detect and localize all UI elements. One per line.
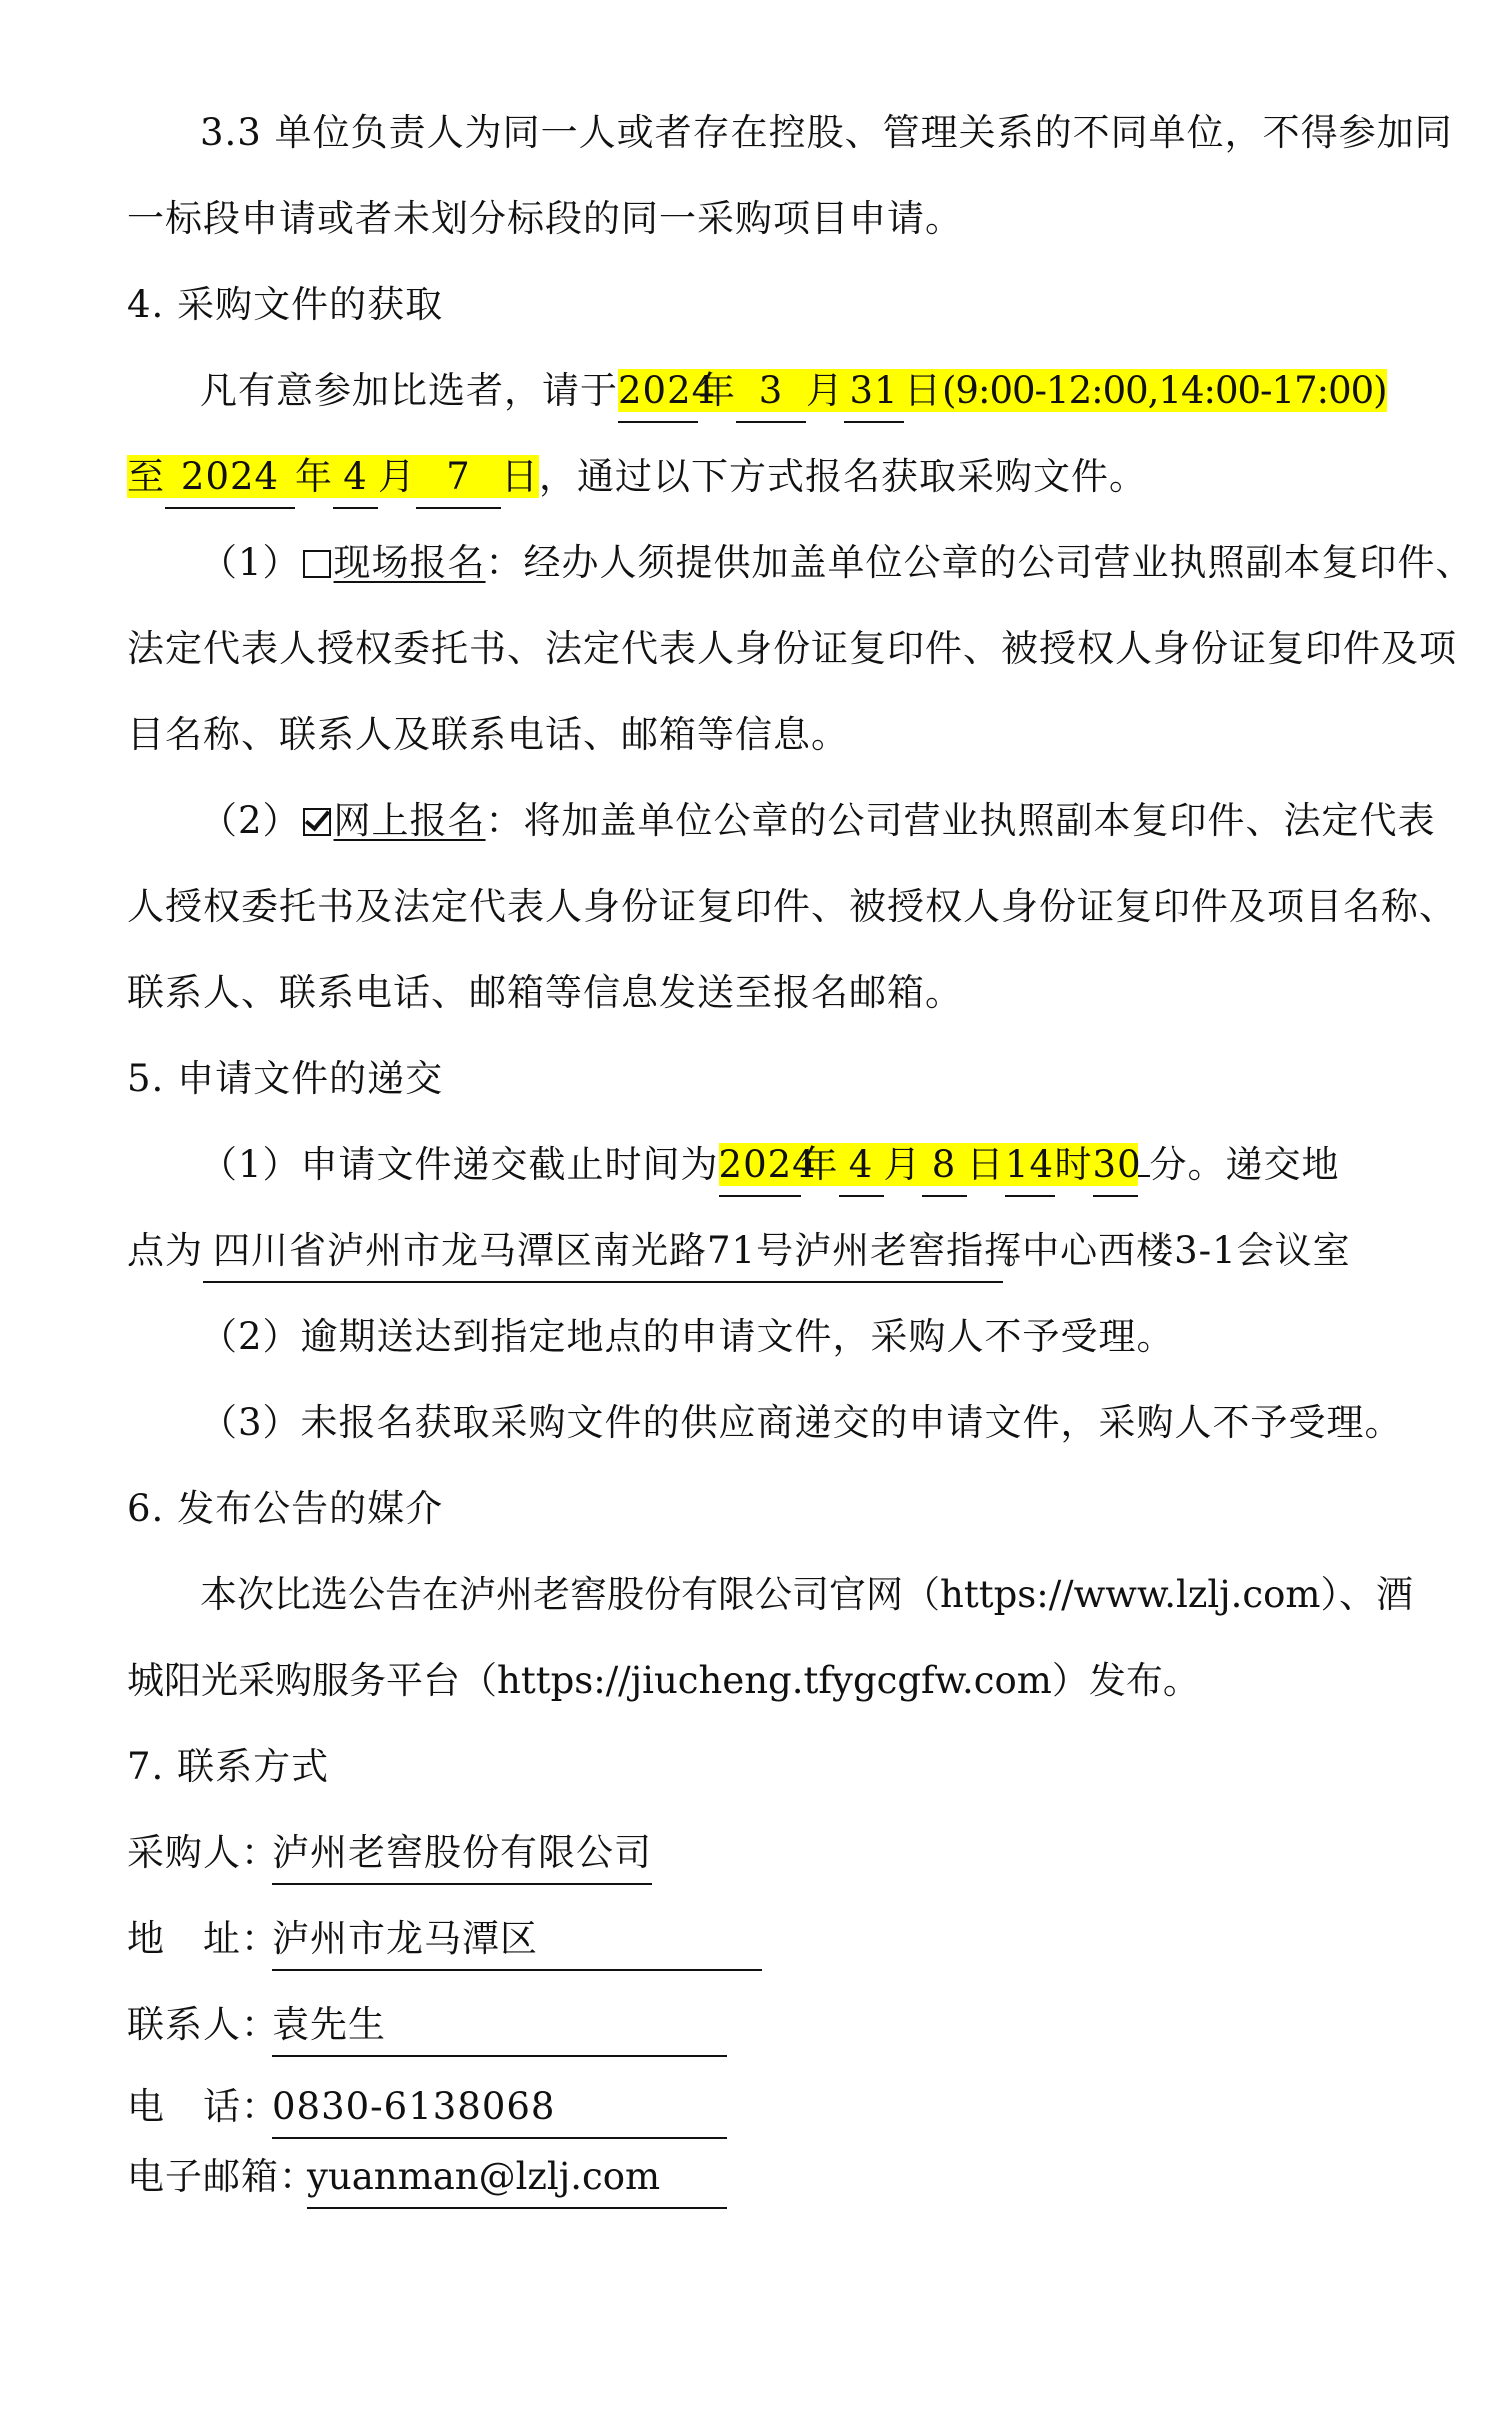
contact-label: 采购人： — [127, 1817, 272, 1889]
paragraph-3-3-line2: 一标段申请或者未划分标段的同一采购项目申请。 — [127, 183, 1377, 255]
deadline-suffix: 。递交地 — [1188, 1143, 1340, 1186]
year-char: 年 — [295, 455, 333, 498]
option-text: ：经办人须提供加盖单位公章的公司营业执照副本复印件、 — [486, 541, 1474, 584]
month-char: 月 — [806, 369, 844, 412]
year-char: 年 — [801, 1143, 839, 1186]
location-end: 。 — [1003, 1229, 1041, 1272]
section-4-intro-line1: 凡有意参加比选者，请于2024年3月31日(9:00-12:00,14:00-1… — [200, 355, 1377, 427]
contact-label: 地 址： — [127, 1903, 272, 1975]
contact-person: 联系人：袁先生 — [127, 1989, 1377, 2061]
contact-label: 电 话： — [127, 2071, 272, 2143]
paragraph-3-3-line1: 3.3 单位负责人为同一人或者存在控股、管理关系的不同单位，不得参加同 — [200, 97, 1377, 169]
unregistered-submission-rule: （3）未报名获取采购文件的供应商递交的申请文件，采购人不予受理。 — [200, 1387, 1377, 1459]
option-label: 网上报名 — [334, 799, 486, 842]
deadline-minute: 30 — [1093, 1135, 1138, 1197]
option-label: 现场报名 — [334, 541, 486, 584]
option-number: （1） — [200, 541, 301, 584]
deadline-prefix: （1）申请文件递交截止时间为 — [200, 1143, 719, 1186]
contact-label: 联系人： — [127, 1989, 272, 2061]
office-hours: (9:00-12:00,14:00-17:00) — [942, 369, 1387, 412]
contact-person-value: 袁先生 — [272, 1995, 727, 2057]
day-char: 日 — [501, 455, 539, 498]
option-online-line2: 人授权委托书及法定代表人身份证复印件、被授权人身份证复印件及项目名称、 — [127, 871, 1377, 943]
contact-label: 电子邮箱： — [127, 2141, 307, 2213]
onsite-registration-option[interactable]: 现场报名 — [301, 541, 486, 584]
section-6-heading: 6. 发布公告的媒介 — [127, 1473, 1377, 1545]
section-7-heading: 7. 联系方式 — [127, 1731, 1377, 1803]
deadline-hour: 14 — [1005, 1135, 1055, 1197]
start-year: 2024 — [618, 361, 698, 423]
contact-purchaser: 采购人：泸州老窖股份有限公司 — [127, 1817, 1377, 1889]
hour-char: 时 — [1055, 1143, 1093, 1186]
highlight-end-date: 至2024年4月7日 — [127, 455, 539, 498]
phone-value[interactable]: 0830-6138068 — [272, 2077, 727, 2139]
highlight-deadline: 2024年4月8日14时30 — [719, 1143, 1138, 1186]
option-text: ：将加盖单位公章的公司营业执照副本复印件、法定代表 — [486, 799, 1436, 842]
media-line1: 本次比选公告在泸州老窖股份有限公司官网（https://www.lzlj.com… — [200, 1559, 1377, 1631]
deadline-month: 4 — [839, 1135, 884, 1197]
document-page: 3.3 单位负责人为同一人或者存在控股、管理关系的不同单位，不得参加同 一标段申… — [0, 0, 1500, 2431]
option-online-line3: 联系人、联系电话、邮箱等信息发送至报名邮箱。 — [127, 957, 1377, 1029]
option-number: （2） — [200, 799, 301, 842]
end-year: 2024 — [165, 447, 295, 509]
intro-suffix: ，通过以下方式报名获取采购文件。 — [539, 455, 1147, 498]
section-5-heading: 5. 申请文件的递交 — [127, 1043, 1377, 1115]
email-value[interactable]: yuanman@lzlj.com — [307, 2147, 727, 2209]
option-onsite-line1: （1）现场报名：经办人须提供加盖单位公章的公司营业执照副本复印件、 — [200, 527, 1377, 599]
deadline-day: 8 — [922, 1135, 967, 1197]
option-onsite-line2: 法定代表人授权委托书、法定代表人身份证复印件、被授权人身份证复印件及项 — [127, 613, 1377, 685]
day-char: 日 — [904, 369, 942, 412]
start-day: 31 — [844, 361, 904, 423]
submission-location: 四川省泸州市龙马潭区南光路71号泸州老窖指挥中心西楼3-1会议室 — [203, 1221, 1003, 1283]
section-4-intro-line2: 至2024年4月7日，通过以下方式报名获取采购文件。 — [127, 441, 1377, 513]
to-char: 至 — [127, 455, 165, 498]
contact-phone: 电 话：0830-6138068 — [127, 2071, 1377, 2143]
purchaser-value: 泸州老窖股份有限公司 — [272, 1823, 652, 1885]
end-day: 7 — [416, 447, 501, 509]
section-4-heading: 4. 采购文件的获取 — [127, 269, 1377, 341]
highlight-start-date: 2024年3月31日(9:00-12:00,14:00-17:00) — [618, 369, 1387, 412]
address-value: 泸州市龙马潭区 — [272, 1909, 762, 1971]
contact-email: 电子邮箱：yuanman@lzlj.com — [127, 2141, 1377, 2213]
submission-location-line: 点为四川省泸州市龙马潭区南光路71号泸州老窖指挥中心西楼3-1会议室。 — [127, 1215, 1377, 1287]
contact-address: 地 址：泸州市龙马潭区 — [127, 1903, 1377, 1975]
submission-deadline-line: （1）申请文件递交截止时间为2024年4月8日14时30分。递交地 — [200, 1129, 1377, 1201]
location-prefix: 点为 — [127, 1229, 203, 1272]
end-month: 4 — [333, 447, 378, 509]
option-online-line1: （2）网上报名：将加盖单位公章的公司营业执照副本复印件、法定代表 — [200, 785, 1377, 857]
blank-tail — [1138, 1175, 1150, 1177]
checkbox-checked-icon[interactable] — [303, 808, 331, 836]
late-submission-rule: （2）逾期送达到指定地点的申请文件，采购人不予受理。 — [200, 1301, 1377, 1373]
intro-prefix: 凡有意参加比选者，请于 — [200, 369, 618, 412]
year-char: 年 — [698, 369, 736, 412]
minute-char: 分 — [1150, 1143, 1188, 1186]
deadline-year: 2024 — [719, 1135, 801, 1197]
start-month: 3 — [736, 361, 806, 423]
option-onsite-line3: 目名称、联系人及联系电话、邮箱等信息。 — [127, 699, 1377, 771]
month-char: 月 — [378, 455, 416, 498]
month-char: 月 — [884, 1143, 922, 1186]
media-line2: 城阳光采购服务平台（https://jiucheng.tfygcgfw.com）… — [127, 1645, 1377, 1717]
day-char: 日 — [967, 1143, 1005, 1186]
checkbox-unchecked-icon[interactable] — [303, 550, 331, 578]
online-registration-option[interactable]: 网上报名 — [301, 799, 486, 842]
